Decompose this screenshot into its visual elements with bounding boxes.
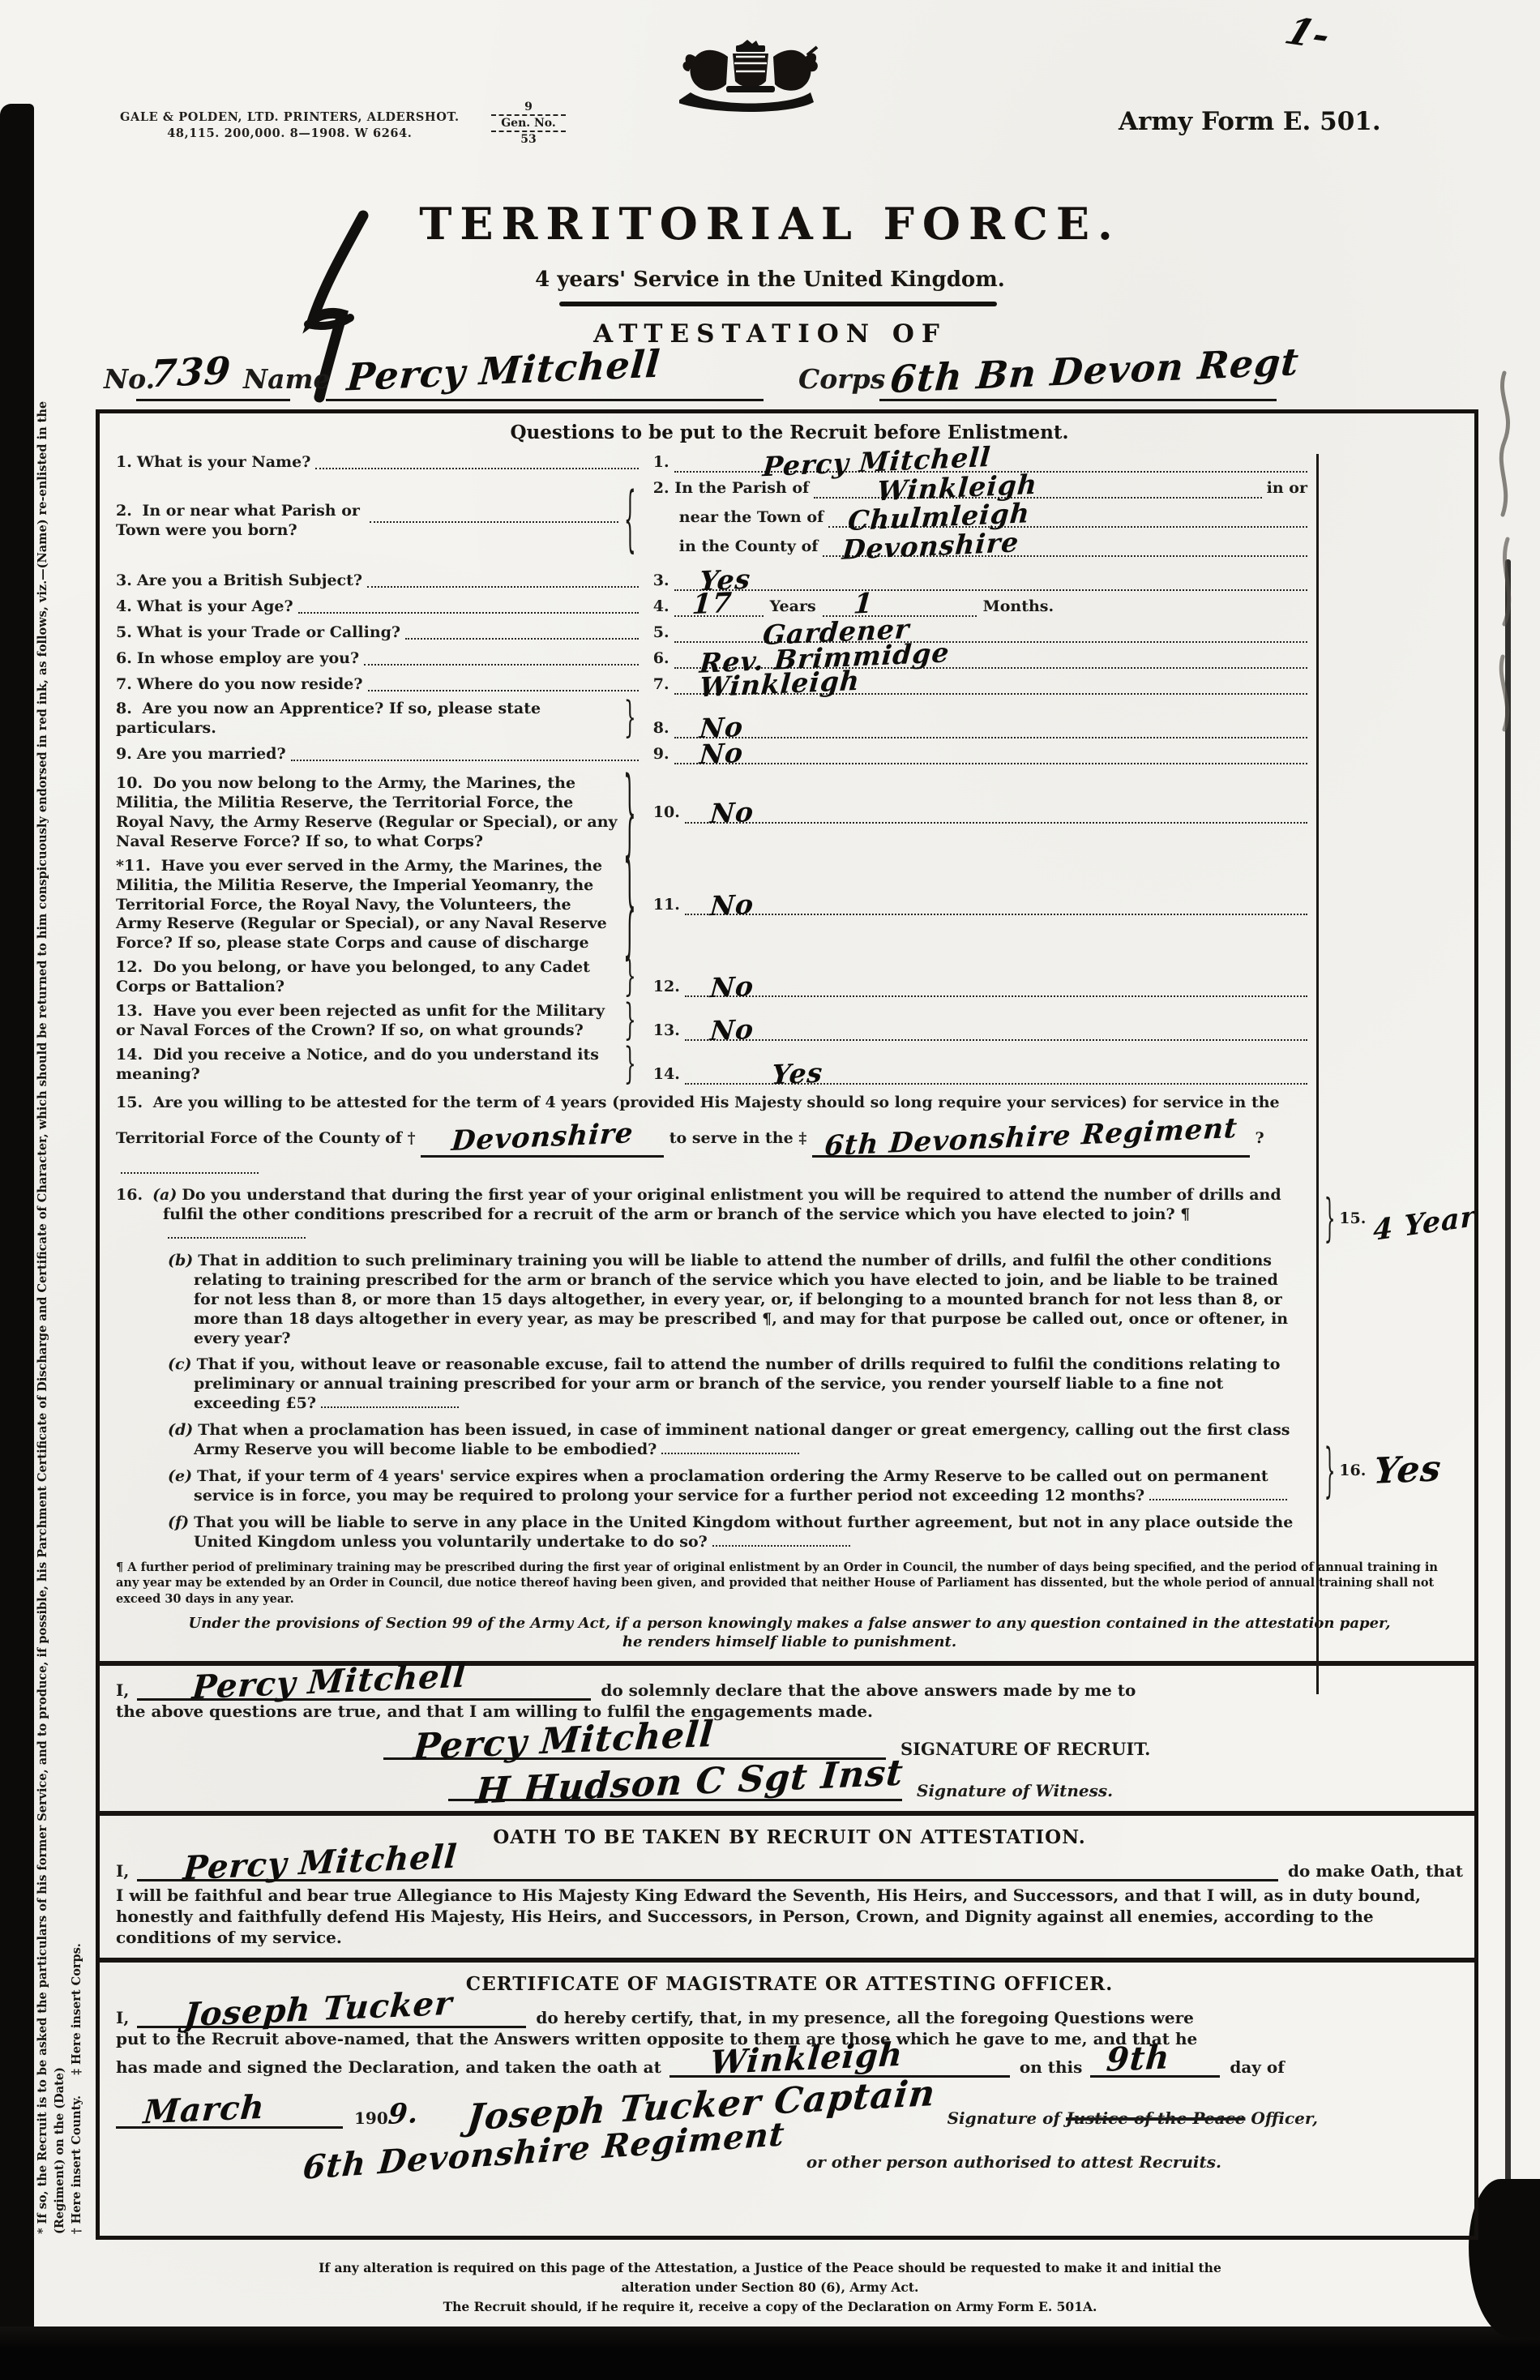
answer-number: 12.	[653, 978, 680, 997]
answer-number: 1.	[653, 453, 669, 473]
dotted-leader	[405, 634, 639, 640]
corps-label: Corps	[798, 363, 885, 395]
question-15: 15. Are you willing to be attested for t…	[116, 1091, 1463, 1181]
witness-signature-label: Signature of Witness.	[917, 1780, 1113, 1801]
gen-no-top: 9	[491, 101, 566, 116]
answer-number: 13.	[653, 1021, 680, 1041]
answer-number: 16.	[1339, 1462, 1366, 1479]
answer-line: No	[685, 894, 1307, 915]
question-row-7: 7. Where do you now reside? 7. Winkleigh	[116, 674, 1307, 695]
answer-number: 4.	[653, 597, 669, 617]
handwritten-answer-16: Yes	[1372, 1448, 1443, 1492]
corps-slot: 6th Devonshire Regiment	[812, 1114, 1250, 1158]
certificate-lead: I,	[116, 2007, 129, 2028]
question-text: What is your Trade or Calling?	[137, 623, 400, 643]
answer-number: 14.	[653, 1065, 680, 1085]
service-number-handwritten: 739	[149, 349, 233, 396]
answer-line: Devonshire	[823, 536, 1307, 557]
answer-line: Rev. Brimmidge	[674, 648, 1307, 669]
question-row-10: 10. Do you now belong to the Army, the M…	[116, 774, 1307, 852]
handwritten-county: Devonshire	[450, 1113, 635, 1162]
question-text: In or near what Parish or Town were you …	[116, 502, 360, 539]
brace-glyph: }	[624, 1038, 636, 1092]
question-16a-text: Do you understand that during the first …	[163, 1186, 1281, 1223]
dotted-leader	[321, 1402, 459, 1408]
question-number: 14.	[116, 1046, 143, 1064]
question-row-8: 8. Are you now an Apprentice? If so, ple…	[116, 700, 1307, 738]
question-number: 3.	[116, 571, 132, 591]
handwritten-answer: No	[708, 969, 755, 1004]
answer-line: Yes	[685, 1064, 1307, 1085]
question-16e: (e)That, if your term of 4 years' servic…	[116, 1467, 1307, 1506]
question-text: Do you belong, or have you belonged, to …	[116, 958, 590, 995]
question-text: Are you now an Apprentice? If so, please…	[116, 700, 541, 737]
printer-line-1: GALE & POLDEN, LTD. PRINTERS, ALDERSHOT.	[120, 110, 460, 124]
answer-number: 11.	[653, 896, 680, 915]
struck-justice-label: Justice of the Peace	[1066, 2108, 1245, 2128]
question-15-text-b: to serve in the ‡	[669, 1129, 806, 1147]
question-text: Have you ever been rejected as unfit for…	[116, 1002, 605, 1039]
printer-imprint: GALE & POLDEN, LTD. PRINTERS, ALDERSHOT.…	[120, 110, 460, 140]
months-label: Months.	[983, 597, 1054, 617]
handwritten-age-years: 17	[691, 586, 734, 623]
question-text: In whose employ are you?	[137, 649, 359, 669]
answer-number: 5.	[653, 623, 669, 643]
sub-label-f: (f)	[168, 1513, 189, 1531]
officer-signature-label: Signature of Justice of the Peace Office…	[948, 2108, 1318, 2129]
name-label: Name	[243, 363, 330, 395]
handwritten-answer: No	[708, 1012, 755, 1048]
margin-double-dagger-note: ‡ Here insert Corps.	[70, 1943, 83, 2075]
handwritten-year: 9.	[387, 2095, 420, 2133]
answer-number: 9.	[653, 745, 669, 764]
question-16f: (f)That you will be liable to serve in a…	[116, 1513, 1307, 1552]
question-number: 4.	[116, 597, 132, 617]
pen-mark: 1-	[1280, 9, 1337, 57]
answer-line: No	[685, 803, 1307, 824]
question-number: 2.	[116, 502, 132, 520]
declaration-section: I, Percy Mitchell do solemnly declare th…	[116, 1676, 1463, 1801]
gen-no-block: 9 Gen. No. 53	[491, 101, 566, 146]
section-divider	[100, 1958, 1474, 1963]
question-16a: 16.(a)Do you understand that during the …	[116, 1186, 1307, 1244]
answer-line: No	[685, 1020, 1307, 1041]
officer-name-slot: Joseph Tucker	[137, 2003, 526, 2028]
brace-glyph: }	[1324, 1188, 1336, 1248]
in-or-label: in or	[1267, 479, 1307, 499]
recruit-signature-label: SIGNATURE OF RECRUIT.	[900, 1738, 1150, 1760]
dotted-leader	[367, 582, 639, 588]
year-printed: 190	[354, 2108, 388, 2129]
alteration-note-line-1: If any alteration is required on this pa…	[0, 2260, 1540, 2275]
section-99-warning: Under the provisions of Section 99 of th…	[116, 1614, 1463, 1652]
question-16b: (b)That in addition to such preliminary …	[116, 1252, 1307, 1349]
question-text: Have you ever served in the Army, the Ma…	[116, 857, 607, 952]
declaration-text-2: the above questions are true, and that I…	[116, 1701, 1463, 1722]
attest-authorised-label: or other person authorised to attest Rec…	[806, 2151, 1221, 2172]
answer-line: Winkleigh	[674, 674, 1307, 695]
question-number: 5.	[116, 623, 132, 643]
answer-line: No	[674, 717, 1307, 738]
handwritten-answer: No	[708, 795, 755, 831]
town-label: near the Town of	[679, 508, 823, 528]
dotted-leader	[368, 686, 639, 691]
years-label: Years	[770, 597, 816, 617]
subtitle-rule	[559, 302, 997, 306]
royal-coat-of-arms-icon	[679, 39, 822, 117]
oath-lead-tail: do make Oath, that	[1288, 1860, 1463, 1881]
sub-label-d: (d)	[168, 1421, 193, 1439]
handwritten-answer: Yes	[771, 1056, 824, 1093]
form-subtitle: 4 years' Service in the United Kingdom.	[0, 268, 1540, 292]
question-row-1: 1. What is your Name? 1. Percy Mitchell	[116, 452, 1307, 473]
scan-fold-line	[1505, 559, 1511, 2270]
signature-of-label: Signature of	[948, 2108, 1060, 2128]
certificate-text-3: has made and signed the Declaration, and…	[116, 2057, 661, 2078]
question-row-9: 9. Are you married? 9. No	[116, 743, 1307, 764]
question-16e-text: That, if your term of 4 years' service e…	[194, 1467, 1268, 1505]
question-number: 6.	[116, 649, 132, 669]
answer-number: 7.	[653, 675, 669, 695]
attestation-heading: ATTESTATION OF	[0, 319, 1540, 349]
pencil-scribble	[1480, 365, 1532, 738]
county-slot: Devonshire	[421, 1114, 664, 1158]
gen-no-label: Gen. No.	[491, 116, 566, 132]
answer-line: No	[685, 976, 1307, 997]
attestation-identity-line: No. 739 Name Percy Mitchell Corps 6th Bn…	[0, 349, 1540, 410]
margin-star-note: * If so, the Recruit is to be asked the …	[36, 401, 66, 2234]
handwritten-answer: No	[708, 888, 755, 923]
answer-line: Yes	[674, 570, 1307, 591]
question-number: 16.	[116, 1186, 143, 1204]
copy-note: The Recruit should, if he require it, re…	[0, 2299, 1540, 2314]
scan-edge-bottom	[0, 2326, 1540, 2380]
answer-line: No	[674, 743, 1307, 764]
question-text: Did you receive a Notice, and do you und…	[116, 1046, 599, 1083]
question-mark: ?	[1256, 1129, 1264, 1147]
dotted-leader	[661, 1449, 799, 1454]
answer-number: 6.	[653, 649, 669, 669]
questions-rows: 1. What is your Name? 1. Percy Mitchell …	[116, 452, 1463, 1085]
margin-dagger-note: † Here insert County.	[70, 2095, 83, 2234]
question-16: 16.(a)Do you understand that during the …	[116, 1186, 1463, 1552]
witness-signature-line: H Hudson C Sgt Inst	[448, 1774, 902, 1801]
sub-label-a: (a)	[152, 1186, 177, 1204]
oath-month-slot: March	[116, 2104, 343, 2129]
section-divider	[100, 1811, 1474, 1816]
question-row-6: 6. In whose employ are you? 6. Rev. Brim…	[116, 648, 1307, 669]
oath-section: OATH TO BE TAKEN BY RECRUIT ON ATTESTATI…	[116, 1826, 1463, 1948]
handwritten-county: Devonshire	[841, 526, 1020, 567]
section-99-line-1: Under the provisions of Section 99 of th…	[189, 1615, 1391, 1632]
oath-name-slot: Percy Mitchell	[137, 1856, 1278, 1881]
certificate-section: CERTIFICATE OF MAGISTRATE OR ATTESTING O…	[116, 1972, 1463, 2172]
question-16c: (c)That if you, without leave or reasona…	[116, 1355, 1307, 1414]
dotted-leader	[364, 660, 639, 666]
question-16d: (d)That when a proclamation has been iss…	[116, 1421, 1307, 1460]
question-text: Are you married?	[137, 745, 286, 764]
handwritten-day: 9th	[1105, 2036, 1171, 2082]
answer-number: 10.	[653, 803, 680, 823]
scan-edge-left	[0, 104, 34, 2380]
printer-line-2: 48,115. 200,000. 8—1908. W 6264.	[120, 126, 460, 140]
answer-number: 15.	[1339, 1209, 1366, 1227]
question-row-11: *11. Have you ever served in the Army, t…	[116, 857, 1307, 954]
oath-day-slot: 9th	[1090, 2053, 1220, 2078]
answer-line: Winkleigh	[814, 477, 1261, 499]
questions-section-heading: Questions to be put to the Recruit befor…	[116, 422, 1463, 443]
dotted-leader	[315, 464, 638, 469]
question-row-5: 5. What is your Trade or Calling? 5. Gar…	[116, 622, 1307, 643]
question-text: What is your Age?	[137, 597, 293, 617]
question-number: 7.	[116, 675, 132, 695]
dotted-leader	[712, 1541, 850, 1547]
pilcrow-footnote: ¶ A further period of preliminary traini…	[116, 1560, 1463, 1607]
brace-glyph: }	[624, 692, 636, 746]
question-text: Where do you now reside?	[137, 675, 363, 695]
question-number: 15.	[116, 1094, 143, 1111]
answer-number: 2.	[653, 479, 669, 499]
question-row-4: 4. What is your Age? 4. 17 Years 1 Month…	[116, 596, 1307, 617]
question-row-2: 2. In or near what Parish or Town were y…	[116, 477, 1307, 565]
handwritten-answer: No	[698, 736, 744, 772]
answer-15: } 15. 4 Years Yes	[1320, 1201, 1463, 1235]
corps-handwritten: 6th Bn Devon Regt	[888, 340, 1301, 401]
declaration-text: do solemnly declare that the above answe…	[601, 1680, 1136, 1701]
question-number: *11.	[116, 857, 151, 875]
dotted-leader	[370, 517, 618, 523]
dotted-leader	[168, 1233, 306, 1239]
brace-glyph: }	[1324, 1436, 1336, 1505]
sub-label-b: (b)	[168, 1252, 193, 1269]
declaration-name-slot: Percy Mitchell	[137, 1676, 591, 1701]
answer-16: } 16. Yes	[1320, 1449, 1463, 1491]
answer-number: 3.	[653, 571, 669, 591]
answer-number: 8.	[653, 719, 669, 738]
question-number: 8.	[116, 700, 132, 717]
margin-instructions: * If so, the Recruit is to be asked the …	[34, 394, 85, 2234]
officer-word-label: Officer,	[1251, 2108, 1318, 2128]
no-label: No.	[104, 363, 155, 395]
oath-lead: I,	[116, 1860, 129, 1881]
declaration-lead: I,	[116, 1680, 129, 1701]
sub-label-e: (e)	[168, 1467, 192, 1485]
gen-no-bottom: 53	[491, 132, 566, 146]
certificate-text-1: do hereby certify, that, in my presence,…	[536, 2007, 1194, 2028]
question-number: 12.	[116, 958, 143, 976]
age-years-line: 17	[674, 596, 764, 617]
dotted-leader	[291, 756, 639, 761]
handwritten-answer: Winkleigh	[698, 664, 861, 704]
county-label: in the County of	[679, 537, 819, 557]
question-16b-text: That in addition to such preliminary tra…	[194, 1252, 1288, 1347]
oath-body: I will be faithful and bear true Allegia…	[116, 1885, 1463, 1948]
question-number: 9.	[116, 745, 132, 764]
handwritten-regiment: 6th Devonshire Regiment	[823, 1108, 1239, 1167]
question-row-14: 14. Did you receive a Notice, and do you…	[116, 1046, 1307, 1085]
section-99-line-2: he renders himself liable to punishment.	[622, 1633, 956, 1650]
question-row-12: 12. Do you belong, or have you belonged,…	[116, 958, 1307, 997]
question-row-13: 13. Have you ever been rejected as unfit…	[116, 1002, 1307, 1041]
alteration-note-line-2: alteration under Section 80 (6), Army Ac…	[0, 2279, 1540, 2295]
question-number: 1.	[116, 453, 132, 473]
question-number: 13.	[116, 1002, 143, 1020]
question-number: 10.	[116, 774, 143, 792]
dotted-leader	[1149, 1495, 1287, 1500]
handwritten-month: March	[142, 2087, 267, 2134]
brace-glyph: {	[624, 476, 636, 566]
oath-place-slot: Winkleigh	[669, 2053, 1010, 2078]
answer-column-rule	[1316, 454, 1319, 1694]
dotted-leader	[298, 608, 639, 614]
form-number-title: Army Form E. 501.	[1119, 107, 1381, 136]
answer-line: Gardener	[674, 622, 1307, 643]
page-title: TERRITORIAL FORCE.	[0, 198, 1540, 250]
question-text: Are you a British Subject?	[137, 571, 362, 591]
answer-line: Chulmleigh	[828, 507, 1307, 528]
sub-label-c: (c)	[168, 1355, 192, 1373]
question-text: What is your Name?	[137, 453, 311, 473]
recruit-name-handwritten: Percy Mitchell	[345, 341, 662, 399]
question-text: Do you now belong to the Army, the Marin…	[116, 774, 618, 850]
certificate-text-4: on this	[1020, 2057, 1082, 2078]
dotted-leader	[121, 1168, 259, 1174]
certificate-text-5: day of	[1230, 2057, 1284, 2078]
attestation-form-box: Questions to be put to the Recruit befor…	[96, 409, 1478, 2240]
